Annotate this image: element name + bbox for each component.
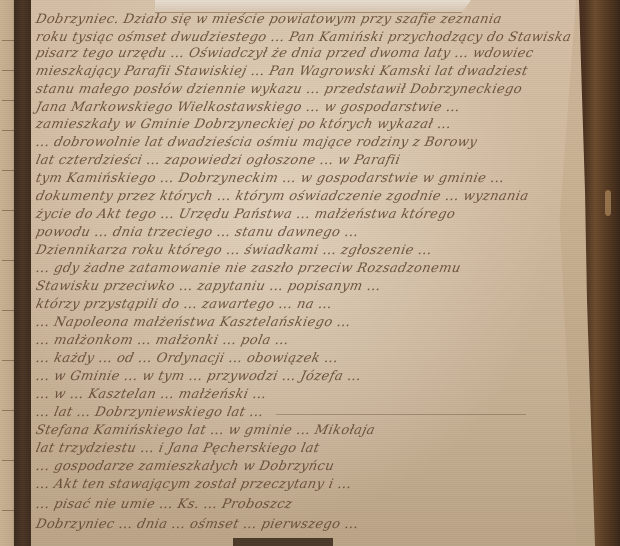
paper-texture [0, 0, 620, 546]
manuscript-photo: Dobrzyniec. Działo się w mieście powiato… [0, 0, 620, 546]
